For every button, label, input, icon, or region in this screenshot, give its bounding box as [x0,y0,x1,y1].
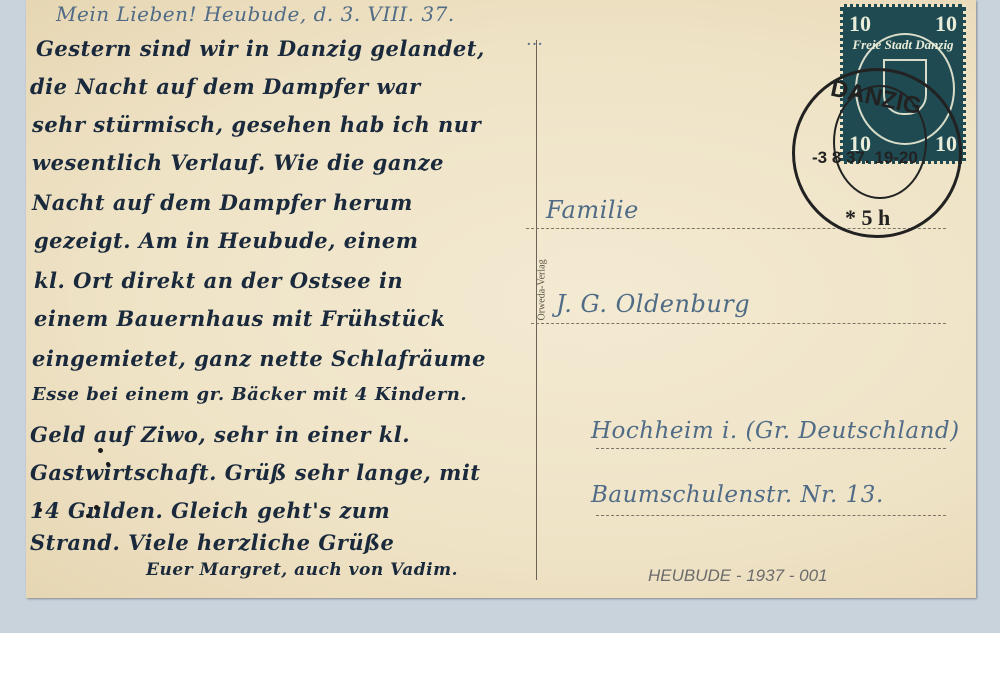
address-line-2: J. G. Oldenburg [556,290,750,318]
postmark-date: -3 8 37. 19-20 [812,148,918,168]
address-line-4: Baumschulenstr. Nr. 13. [591,482,884,508]
ink-speck [38,508,42,512]
message-line: kl. Ort direkt an der Ostsee in [34,268,403,293]
ink-speck [98,448,103,453]
message-line: gezeigt. Am in Heubude, einem [34,228,418,253]
message-line: eingemietet, ganz nette Schlafräume [32,346,486,371]
postmark-bottom-code: * 5 h [845,205,890,231]
address-scribble: … [526,30,544,50]
message-line: die Nacht auf dem Dampfer war [30,74,421,99]
address-rule [596,515,946,516]
ink-speck [86,514,90,518]
message-line: Gastwirtschaft. Grüß sehr lange, mit [30,460,481,485]
message-line: Geld auf Ziwo, sehr in einer kl. [30,422,410,447]
address-rule [531,323,946,324]
publisher-imprint: Orweda-Verlag [537,261,548,321]
message-line: 14 Gulden. Gleich geht's zum [30,498,390,523]
ink-speck [106,462,110,466]
message-line: sehr stürmisch, gesehen hab ich nur [32,112,481,137]
message-line: Nacht auf dem Dampfer herum [32,190,413,215]
address-rule [596,448,946,449]
message-signature: Euer Margret, auch von Vadim. [146,560,458,580]
stamp-value: 10 [849,11,871,37]
message-line: Strand. Viele herzliche Grüße [30,530,394,555]
stamp-value: 10 [935,11,957,37]
message-line: wesentlich Verlauf. Wie die ganze [32,150,444,175]
message-line: einem Bauernhaus mit Frühstück [34,306,446,331]
address-line-1: Familie [546,196,639,224]
pencil-inventory-note: HEUBUDE - 1937 - 001 [648,566,828,586]
stamp-legend: Freie Stadt Danzig [843,37,963,53]
address-line-3: Hochheim i. (Gr. Deutschland) [591,418,960,444]
message-line: Esse bei einem gr. Bäcker mit 4 Kindern. [32,384,467,405]
message-greeting: Mein Lieben! Heubude, d. 3. VIII. 37. [56,2,455,26]
message-line: Gestern sind wir in Danzig gelandet, [36,36,485,61]
ink-speck [94,505,99,510]
